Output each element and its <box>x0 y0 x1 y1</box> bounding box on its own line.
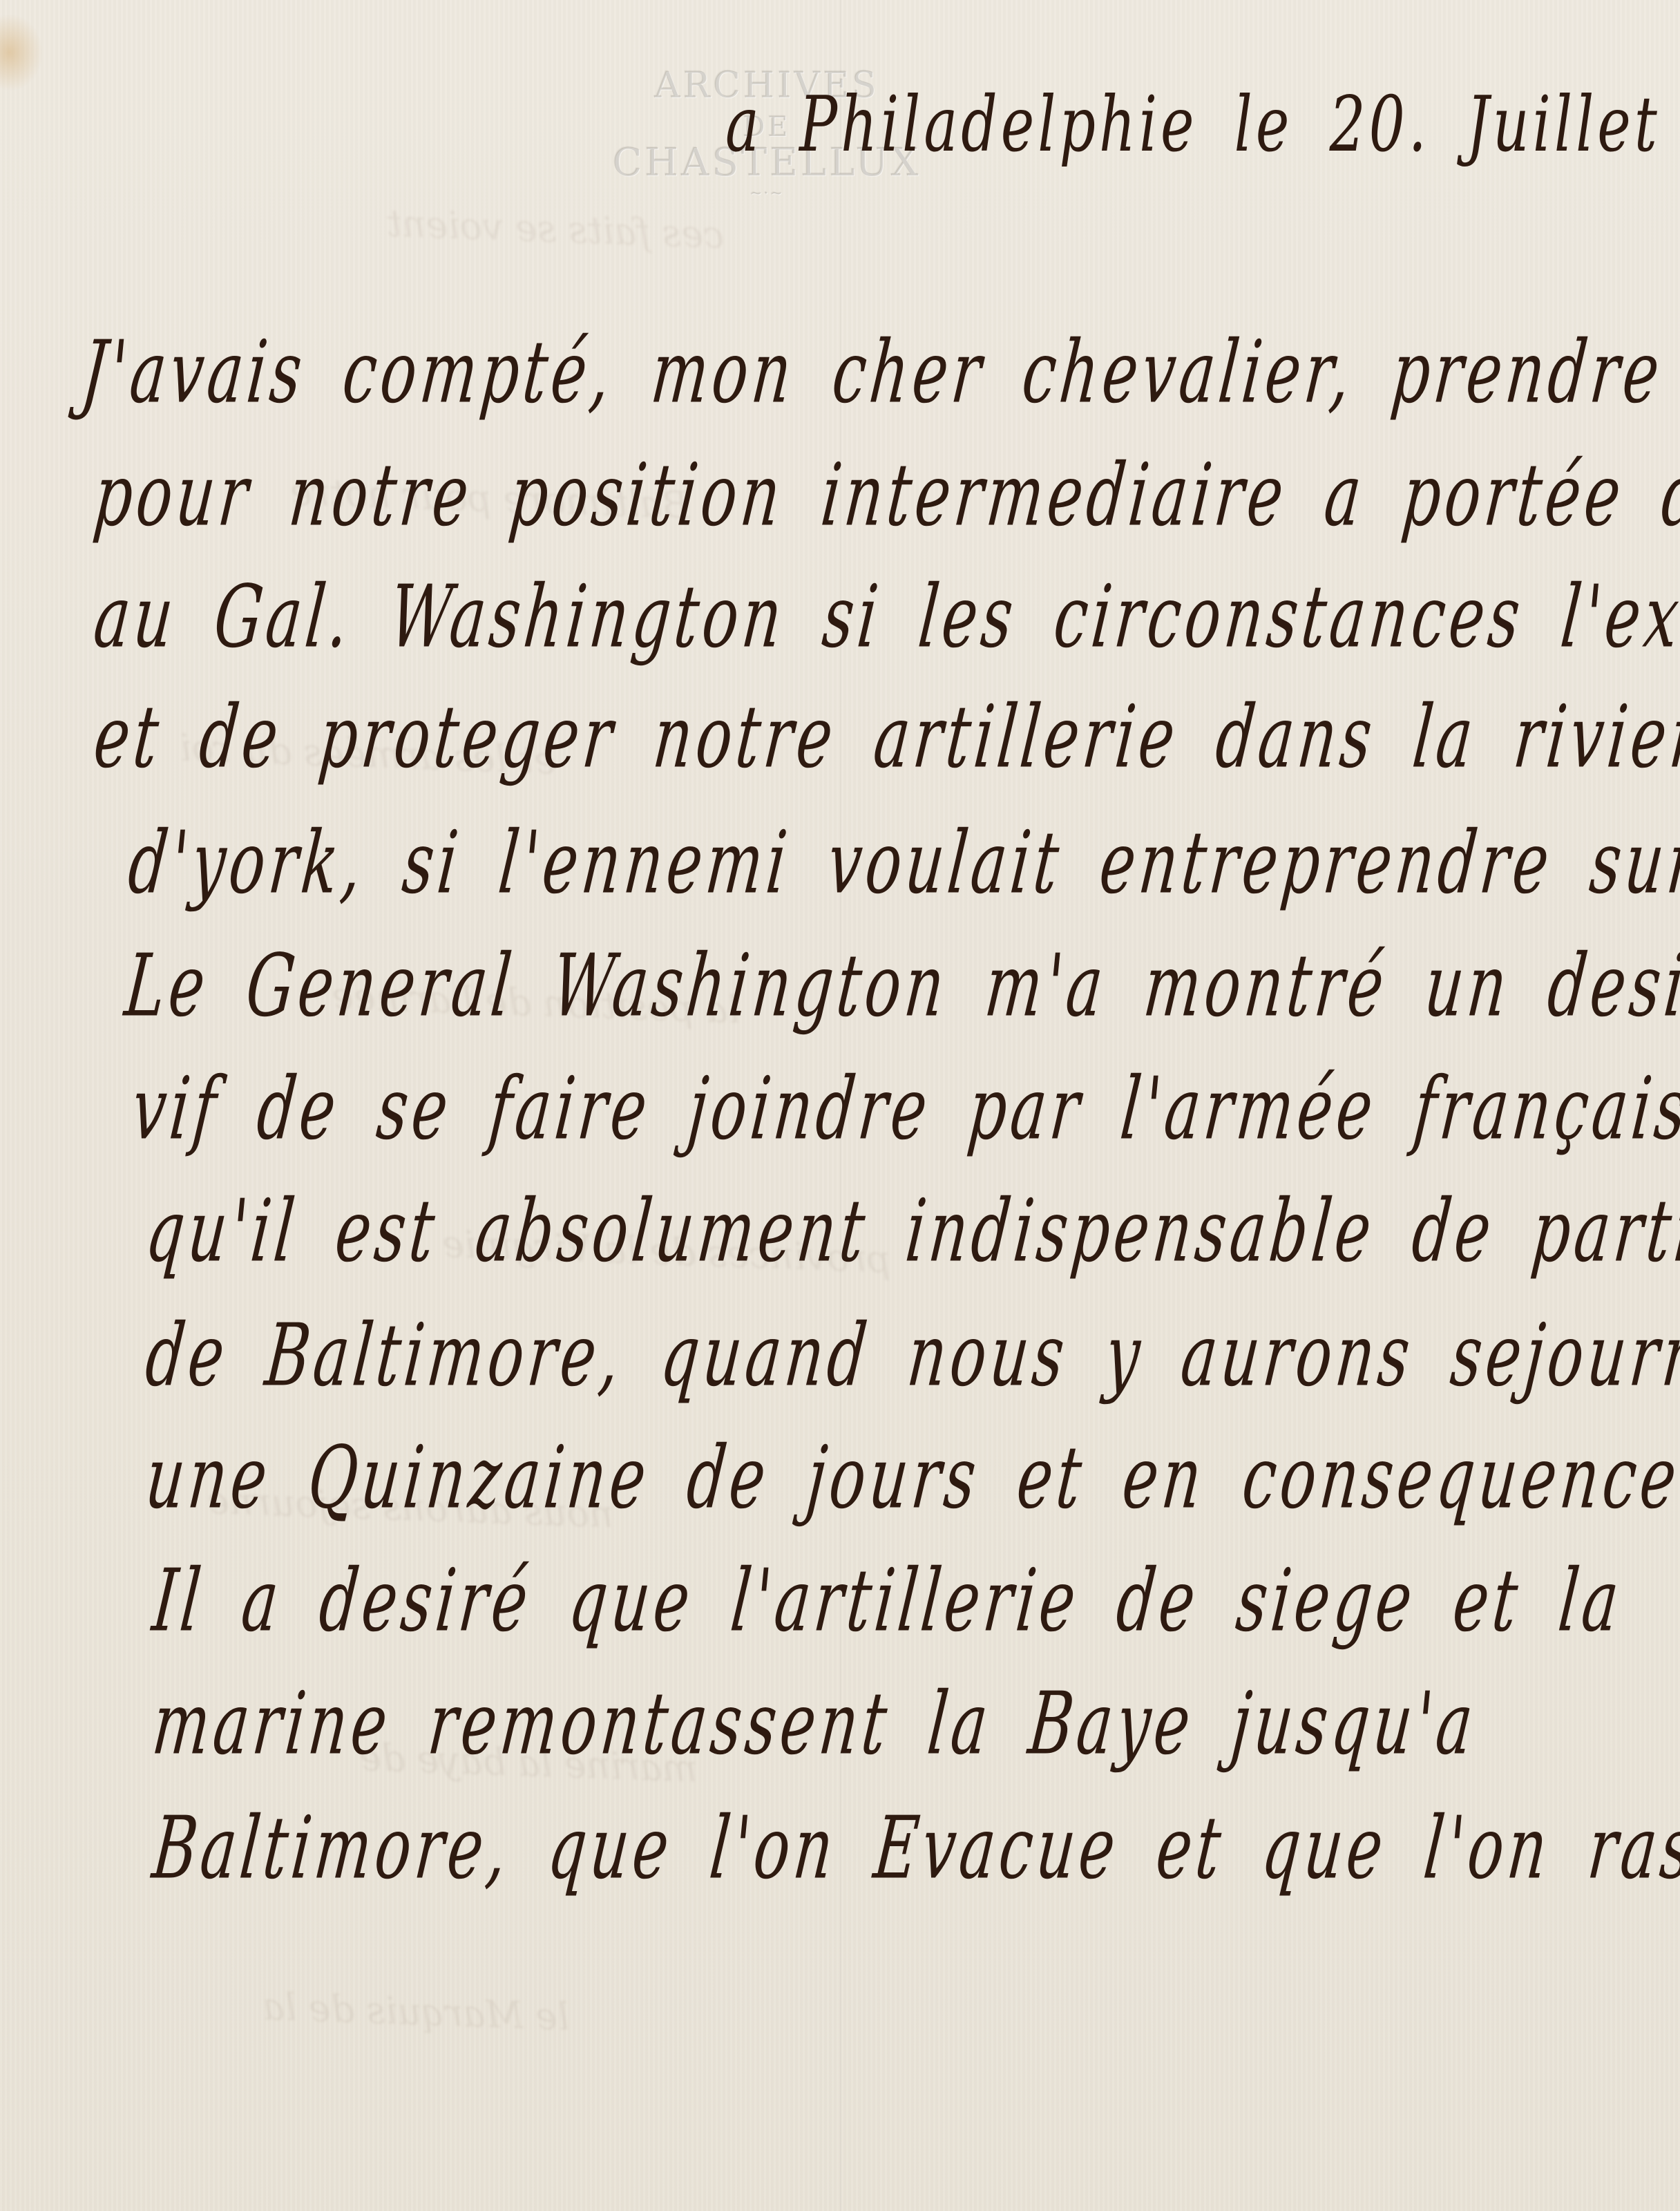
letter-line: et de proteger notre artillerie dans la … <box>90 687 1680 788</box>
letter-line: Il a desiré que l'artillerie de siege et… <box>149 1551 1627 1651</box>
letter-line: pour notre position intermediaire a port… <box>90 446 1680 546</box>
letter-line: une Quinzaine de jours et en consequence <box>142 1428 1680 1528</box>
letter-line: marine remontassent la Baye jusqu'a <box>149 1674 1481 1774</box>
letter-line: d'york, si l'ennemi voulait entreprendre… <box>124 813 1680 913</box>
letter-line: vif de se faire joindre par l'armée fran… <box>128 1059 1680 1159</box>
letter-line: J'avais compté, mon cher chevalier, pren… <box>77 323 1680 423</box>
letter-line: Baltimore, que l'on Evacue et que l'on r… <box>149 1799 1680 1899</box>
dateline: a Philadelphie le 20. Juillet 1782. <box>725 81 1680 169</box>
stamp-ornament: ~·~ <box>608 187 926 202</box>
letter-line: de Baltimore, quand nous y aurons sejour… <box>142 1306 1680 1406</box>
letter-line: au Gal. Washington si les circonstances … <box>90 567 1680 667</box>
letter-line: qu'il est absolument indispensable de pa… <box>142 1182 1680 1282</box>
letter-line: Le General Washington m'a montré un desi… <box>121 936 1680 1036</box>
